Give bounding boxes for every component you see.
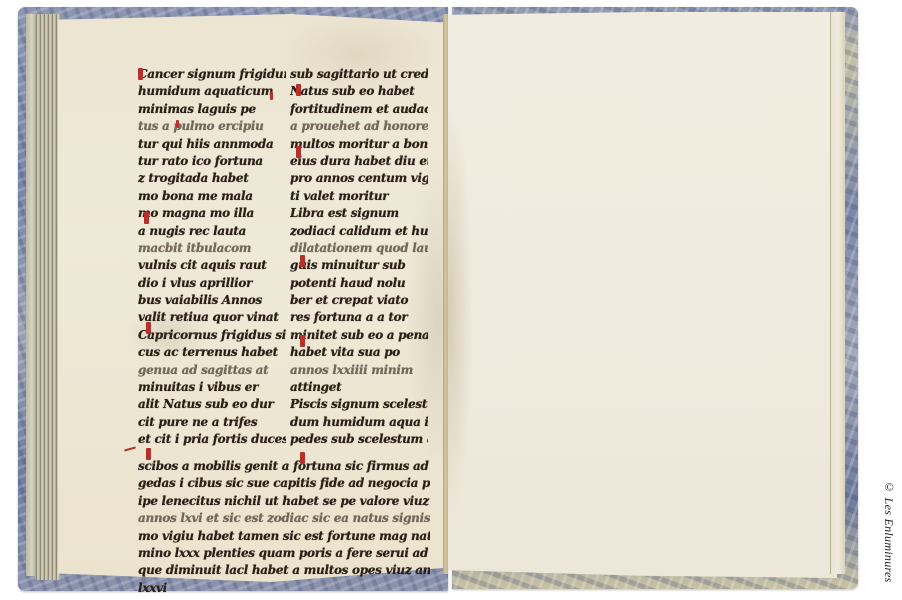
manuscript-line: Piscis signum scelestum frigi <box>290 396 428 413</box>
manuscript-line: z trogitada habet <box>138 170 286 187</box>
rubric-mark <box>270 92 273 100</box>
manuscript-line: Natus sub eo habet <box>290 83 428 100</box>
manuscript-line: eius dura habet diu et <box>290 153 428 170</box>
manuscript-line: mino lxxx plenties quam poris a fere ser… <box>138 545 430 562</box>
manuscript-line: macbit itbulacom <box>138 240 286 257</box>
manuscript-line: valit retiua quor vinat <box>138 309 286 326</box>
rubric-initial <box>144 212 149 224</box>
manuscript-line: que diminuit lacl habet a multos opes vi… <box>138 562 430 579</box>
manuscript-line: minimas laguis pe <box>138 101 286 118</box>
gutter <box>443 14 448 574</box>
text-bottom-block: scibos a mobilis genit a fortuna sic fir… <box>138 458 430 597</box>
manuscript-line: a nugis rec lauta <box>138 223 286 240</box>
rubric-initial <box>300 255 305 267</box>
manuscript-line: cus ac terrenus habet <box>138 344 286 361</box>
manuscript-line: bus vaiabilis Annos <box>138 292 286 309</box>
rubric-initial <box>146 322 151 334</box>
fore-edge-right <box>830 12 845 574</box>
manuscript-line: Capricornus frigidus sic <box>138 327 286 344</box>
manuscript-line: tus a pulmo ercipiu <box>138 118 286 135</box>
manuscript-line: fortitudinem et audaciam <box>290 101 428 118</box>
manuscript-line: guis minuitur sub <box>290 257 428 274</box>
cover-turn-in <box>26 14 36 576</box>
manuscript-line: sub sagittario ut credo <box>290 66 428 83</box>
fore-edge-left <box>36 14 60 580</box>
manuscript-line: potenti haud nolu <box>290 275 428 292</box>
manuscript-line: res fortuna a a tor <box>290 309 428 326</box>
manuscript-line: annos lxxiiii minim <box>290 362 428 379</box>
manuscript-line: lxxvi <box>138 580 430 597</box>
manuscript-line: tur qui hiis annmoda <box>138 136 286 153</box>
manuscript-line: dum humidum aqua indifferenti <box>290 414 428 431</box>
copyright-credit: © Les Enluminures <box>872 480 896 592</box>
manuscript-line: et cit i pria fortis duces <box>138 431 286 448</box>
manuscript-line: minitet sub eo a pena <box>290 327 428 344</box>
manuscript-line: vulnis cit aquis raut <box>138 257 286 274</box>
rubric-initial <box>296 146 301 158</box>
manuscript-line: dio i vlus aprillior <box>138 275 286 292</box>
manuscript-line: a prouehet ad honores <box>290 118 428 135</box>
manuscript-line: alit Natus sub eo dur <box>138 396 286 413</box>
manuscript-line: mo bona me mala <box>138 188 286 205</box>
manuscript-line: zodiaci calidum et humidum <box>290 223 428 240</box>
blank-right-page <box>445 12 837 578</box>
manuscript-line: ber et crepat viato <box>290 292 428 309</box>
rubric-mark <box>176 120 179 128</box>
manuscript-line: multos moritur a bona <box>290 136 428 153</box>
manuscript-line: cit pure ne a trifes <box>138 414 286 431</box>
manuscript-line: pedes sub scelestum aquarius <box>290 431 428 448</box>
manuscript-line: pro annos centum vigin <box>290 170 428 187</box>
manuscript-line: habet vita sua po <box>290 344 428 361</box>
manuscript-line: ipe lenecitus nichil ut habet se pe valo… <box>138 493 430 510</box>
manuscript-line: Libra est signum <box>290 205 428 222</box>
manuscript-line: attinget <box>290 379 428 396</box>
manuscript-line: humidum aquaticum <box>138 83 286 100</box>
manuscript-line: genua ad sagittas at <box>138 362 286 379</box>
manuscript-line: mo magna mo illa <box>138 205 286 222</box>
rubric-initial <box>296 84 301 96</box>
manuscript-line: Cancer signum frigidum <box>138 66 286 83</box>
text-column-b: sub sagittario ut credoNatus sub eo habe… <box>290 66 428 449</box>
manuscript-line: tur rato ico fortuna <box>138 153 286 170</box>
manuscript-line: dilatationem quod lau <box>290 240 428 257</box>
manuscript-line: gedas i cibus sic sue capitis fide ad ne… <box>138 475 430 492</box>
manuscript-line: minuitas i vibus er <box>138 379 286 396</box>
rubric-initial <box>300 452 305 464</box>
text-column-a: Cancer signum frigidumhumidum aquaticumm… <box>138 66 286 449</box>
rubric-initial <box>300 335 305 347</box>
rubric-initial <box>146 448 151 460</box>
manuscript-line: mo vigiu habet tamen sic est fortune mag… <box>138 528 430 545</box>
manuscript-line: ti valet moritur <box>290 188 428 205</box>
rubric-initial <box>138 68 143 80</box>
manuscript-line: annos lxvi et sic est zodiac sic ea natu… <box>138 510 430 527</box>
manuscript-line: scibos a mobilis genit a fortuna sic fir… <box>138 458 430 475</box>
